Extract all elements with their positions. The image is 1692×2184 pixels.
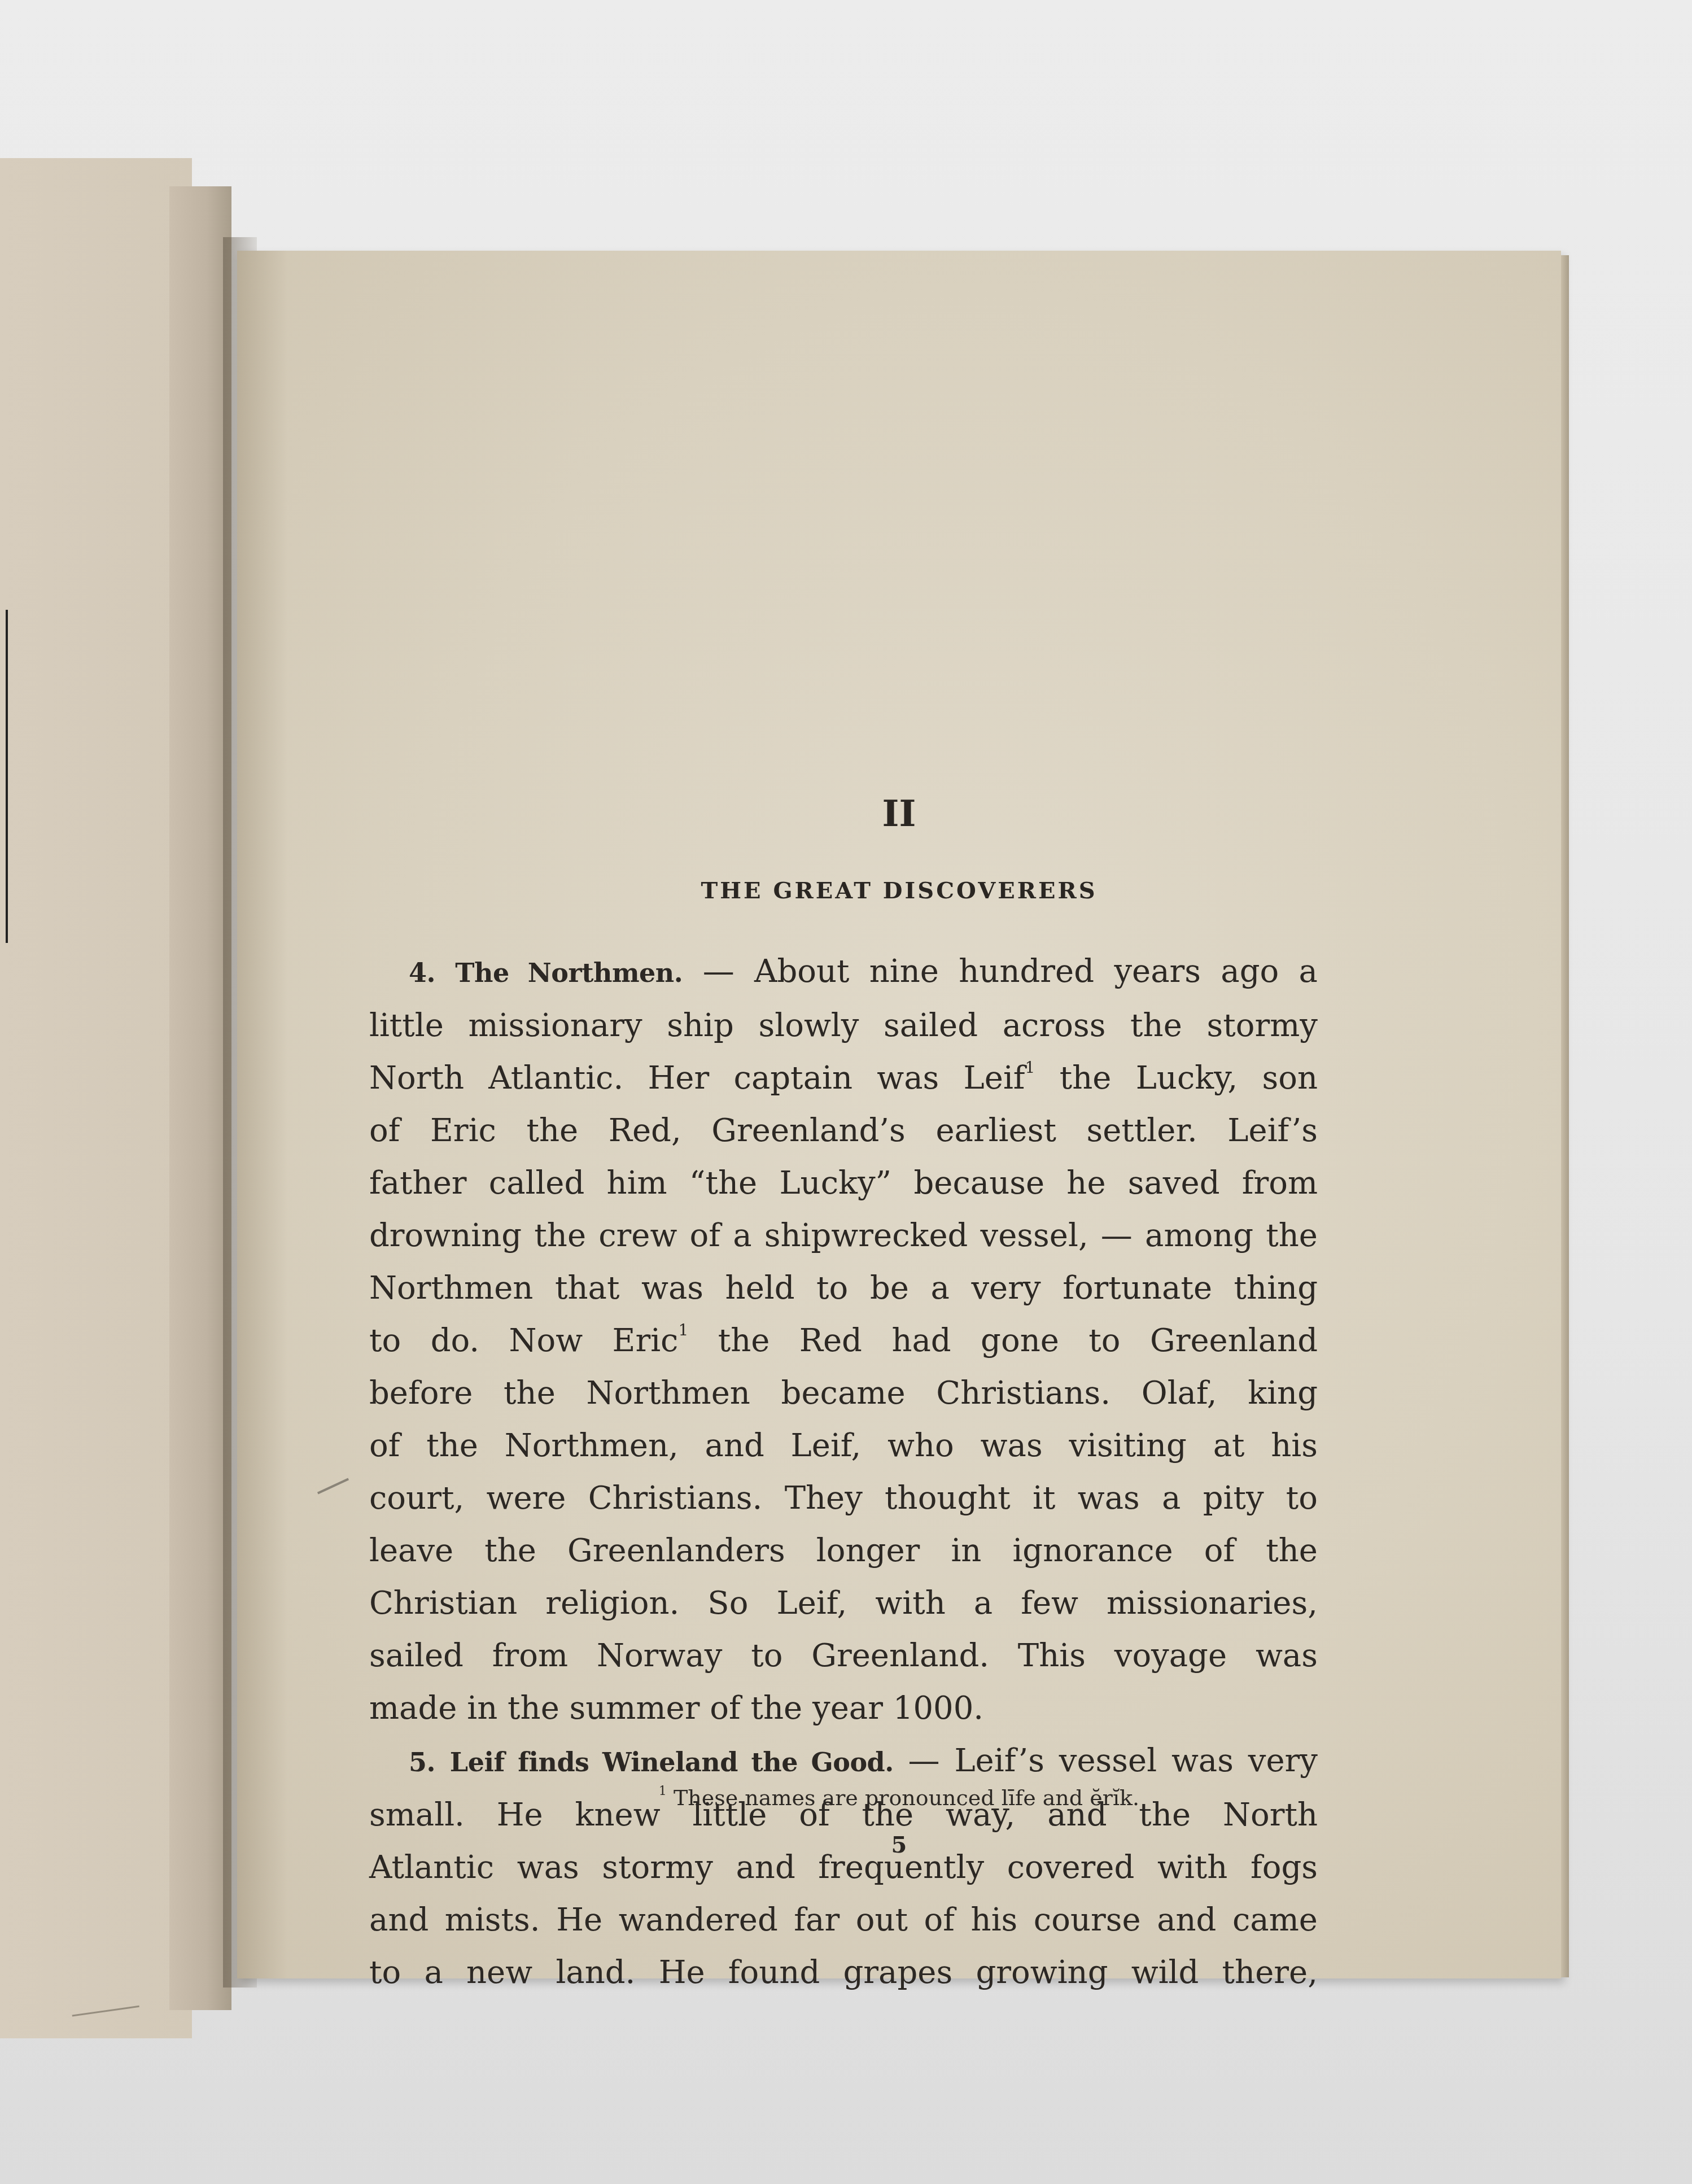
text-line: About nine hundred years ago a xyxy=(754,953,1318,990)
section-4: 4. The Northmen. — About nine hundred ye… xyxy=(369,945,1318,1735)
em-dash: — xyxy=(894,1742,955,1779)
text-line: to do. Now Eric xyxy=(369,1322,678,1359)
left-book-cover xyxy=(0,158,192,2038)
text-line: of Eric the Red, Greenland’s earliest se… xyxy=(369,1104,1318,1157)
chapter-title: THE GREAT DISCOVERERS xyxy=(237,877,1561,904)
em-dash: — xyxy=(683,953,754,990)
text-line: court, were Christians. They thought it … xyxy=(369,1472,1318,1525)
text-line: Leif’s vessel was very xyxy=(954,1742,1318,1779)
text-line: Northmen that was held to be a very fort… xyxy=(369,1262,1318,1314)
section-heading: The Northmen. xyxy=(455,958,683,988)
page-edge xyxy=(1561,255,1569,1977)
text-line: leave the Greenlanders longer in ignoran… xyxy=(369,1525,1318,1577)
section-number: 5. xyxy=(409,1747,435,1777)
footnote-ref: 1 xyxy=(678,1321,688,1339)
text-line: before the Northmen became Christians. O… xyxy=(369,1367,1318,1419)
section-5: 5. Leif finds Wineland the Good. — Leif’… xyxy=(369,1735,1318,1999)
page-number: 5 xyxy=(237,1832,1561,1858)
left-page-block xyxy=(169,186,231,2010)
chapter-number: II xyxy=(237,793,1561,835)
text-line: Christian religion. So Leif, with a few … xyxy=(369,1577,1318,1630)
footnote-text: These names are pronounced līfe and ĕrĭk… xyxy=(667,1785,1139,1810)
gutter-shadow xyxy=(237,251,288,1978)
text-line: little missionary ship slowly sailed acr… xyxy=(369,999,1318,1052)
text-line: to a new land. He found grapes growing w… xyxy=(369,1946,1318,1999)
section-number: 4. xyxy=(409,958,435,988)
text-line: made in the summer of the year 1000. xyxy=(369,1682,1318,1735)
text-line: sailed from Norway to Greenland. This vo… xyxy=(369,1630,1318,1682)
text-line: drowning the crew of a shipwrecked vesse… xyxy=(369,1209,1318,1262)
text-line: North Atlantic. Her captain was Leif xyxy=(369,1060,1025,1097)
footnote-marker: 1 xyxy=(659,1784,667,1798)
text-line: father called him “the Lucky” because he… xyxy=(369,1157,1318,1209)
book-page: II THE GREAT DISCOVERERS 4. The Northmen… xyxy=(237,251,1561,1978)
text-line: and mists. He wandered far out of his co… xyxy=(369,1894,1318,1946)
footnote-ref: 1 xyxy=(1025,1058,1035,1077)
section-heading: Leif finds Wineland the Good. xyxy=(450,1747,894,1777)
footnote: 1 These names are pronounced līfe and ĕr… xyxy=(237,1785,1561,1810)
left-page-illustration-border xyxy=(0,610,8,943)
text-line: of the Northmen, and Leif, who was visit… xyxy=(369,1419,1318,1472)
